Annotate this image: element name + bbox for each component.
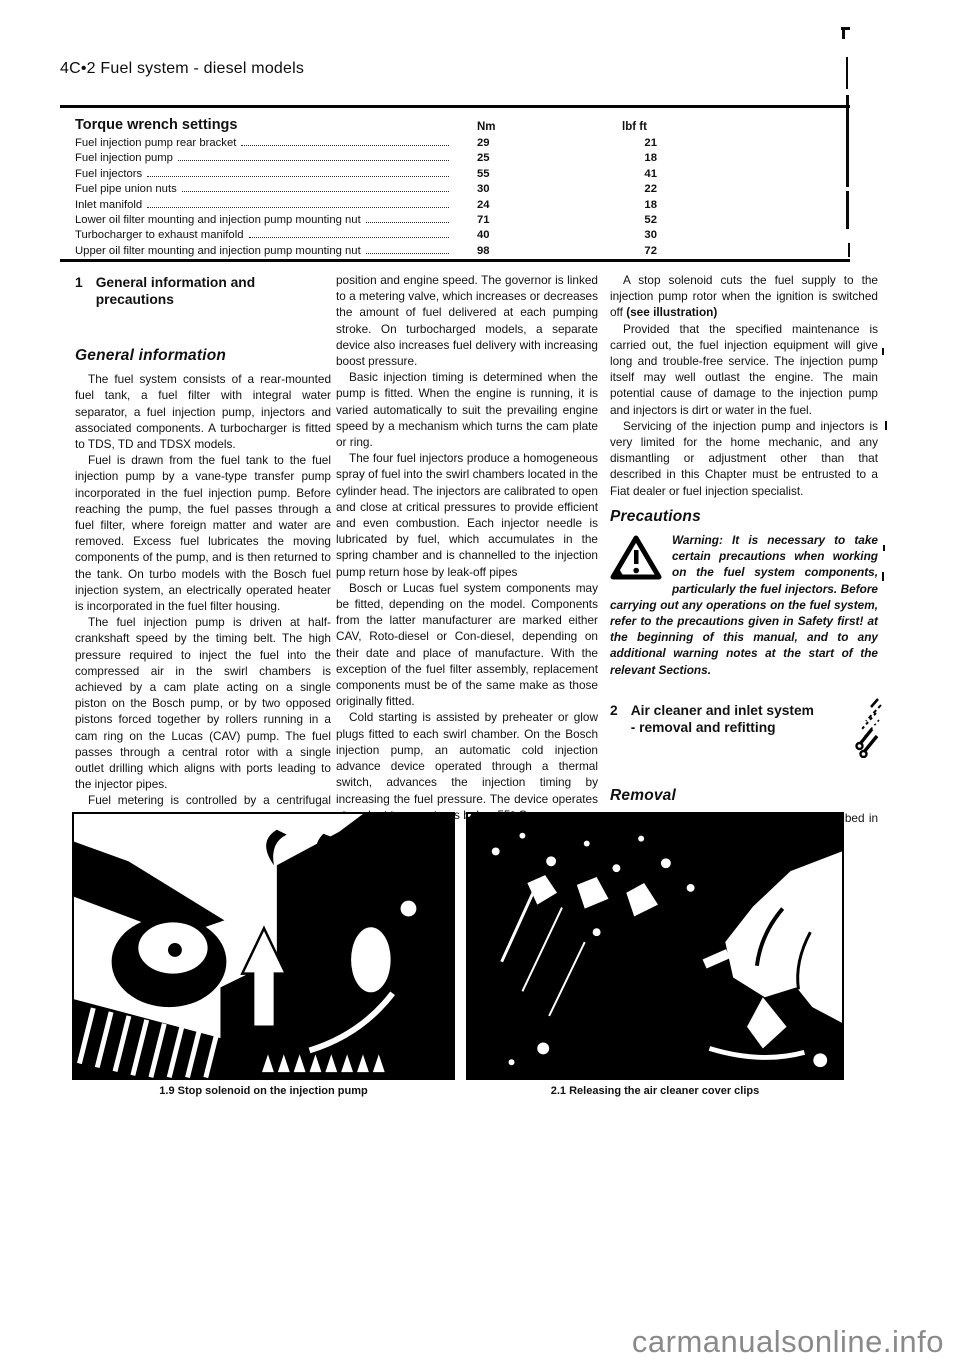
table-row: Inlet manifold 24 18 [75, 199, 677, 214]
body-paragraph: Cold starting is assisted by preheater o… [336, 709, 598, 822]
torque-nm-value: 98 [455, 245, 600, 257]
scan-artifact-line [846, 191, 849, 229]
torque-table-title: Torque wrench settings [75, 117, 237, 133]
torque-label: Fuel pipe union nuts [75, 183, 177, 195]
dotted-leader [182, 191, 449, 192]
dotted-leader [178, 160, 449, 161]
section-title-line2: - removal and refitting [631, 720, 776, 735]
body-paragraph: The four fuel injectors produce a homoge… [336, 450, 598, 580]
photo-stop-solenoid-image [74, 814, 453, 1078]
torque-lbf-value: 18 [600, 199, 657, 211]
torque-label: Lower oil filter mounting and injection … [75, 214, 361, 226]
text-column-3: A stop solenoid cuts the fuel supply to … [610, 272, 878, 842]
dotted-leader [249, 237, 450, 238]
torque-table: Fuel injection pump rear bracket 29 21 F… [75, 137, 677, 260]
table-row: Fuel injectors 55 41 [75, 168, 677, 183]
body-paragraph: Fuel is drawn from the fuel tank to the … [75, 452, 331, 614]
divider-top [60, 105, 850, 108]
table-row: Fuel injection pump 25 18 [75, 152, 677, 167]
scan-artifact-tick [882, 572, 884, 581]
torque-lbf-value: 22 [600, 183, 657, 195]
body-paragraph: Servicing of the injection pump and inje… [610, 418, 878, 499]
dotted-leader [147, 207, 449, 208]
spanner-icon [854, 696, 884, 758]
table-row: Lower oil filter mounting and injection … [75, 214, 677, 229]
warning-block: Warning: It is necessary to take certain… [610, 532, 878, 678]
photo-air-cleaner-clips-image [468, 814, 842, 1078]
dotted-leader [241, 145, 449, 146]
torque-label: Fuel injectors [75, 168, 142, 180]
table-row: Fuel pipe union nuts 30 22 [75, 183, 677, 198]
torque-lbf-value: 30 [600, 229, 657, 241]
scan-artifact-tick [885, 421, 887, 430]
text-column-1: 1 General information and precautions Ge… [75, 274, 331, 825]
body-paragraph: Basic injection timing is determined whe… [336, 369, 598, 450]
scan-artifact-tick [882, 348, 884, 355]
table-row: Upper oil filter mounting and injection … [75, 245, 677, 260]
general-information-heading: General information [75, 348, 331, 364]
table-row: Fuel injection pump rear bracket 29 21 [75, 137, 677, 152]
torque-col-header-nm: Nm [477, 121, 496, 133]
body-paragraph: The fuel system consists of a rear-mount… [75, 371, 331, 452]
torque-label: Turbocharger to exhaust manifold [75, 229, 244, 241]
section-number: 2 [610, 702, 618, 736]
section-2-heading-box: 2 Air cleaner and inlet system - removal… [610, 702, 878, 758]
scan-artifact-tick [883, 545, 885, 551]
torque-nm-value: 24 [455, 199, 600, 211]
scan-artifact-line [848, 243, 850, 257]
precautions-heading: Precautions [610, 509, 878, 525]
torque-label: Fuel injection pump rear bracket [75, 137, 236, 149]
manual-page: 4C•2 Fuel system - diesel models Torque … [0, 0, 960, 1362]
torque-lbf-value: 72 [600, 245, 657, 257]
body-paragraph: A stop solenoid cuts the fuel supply to … [610, 272, 878, 321]
torque-nm-value: 40 [455, 229, 600, 241]
see-illustration-ref: (see illustration) [626, 305, 717, 319]
section-title: General information and precautions [96, 274, 331, 308]
body-paragraph: position and engine speed. The governor … [336, 272, 598, 369]
text-column-2: position and engine speed. The governor … [336, 272, 598, 823]
removal-heading: Removal [610, 788, 878, 804]
figure-caption-2.1: 2.1 Releasing the air cleaner cover clip… [466, 1085, 844, 1097]
scan-artifact-line [846, 57, 848, 89]
photo-air-cleaner-clips [466, 812, 844, 1080]
torque-lbf-value: 52 [600, 214, 657, 226]
torque-col-header-lbfft: lbf ft [622, 121, 647, 133]
dotted-leader [147, 176, 449, 177]
table-row: Turbocharger to exhaust manifold 40 30 [75, 229, 677, 244]
body-paragraph: The fuel injection pump is driven at hal… [75, 614, 331, 792]
section-title: Air cleaner and inlet system - removal a… [631, 702, 814, 736]
section-2-heading: 2 Air cleaner and inlet system - removal… [610, 702, 838, 736]
torque-nm-value: 55 [455, 168, 600, 180]
torque-label: Fuel injection pump [75, 152, 173, 164]
section-title-line1: Air cleaner and inlet system [631, 703, 814, 718]
watermark: carmanualsonline.info [632, 1324, 944, 1360]
warning-triangle-icon [610, 535, 662, 581]
torque-lbf-value: 21 [600, 137, 657, 149]
torque-nm-value: 71 [455, 214, 600, 226]
figure-caption-1.9: 1.9 Stop solenoid on the injection pump [72, 1085, 455, 1097]
torque-label: Inlet manifold [75, 199, 142, 211]
dotted-leader [366, 253, 449, 254]
section-1-heading: 1 General information and precautions [75, 274, 331, 308]
torque-lbf-value: 41 [600, 168, 657, 180]
torque-nm-value: 29 [455, 137, 600, 149]
torque-label: Upper oil filter mounting and injection … [75, 245, 361, 257]
dotted-leader [366, 222, 449, 223]
page-title: 4C•2 Fuel system - diesel models [60, 60, 304, 78]
body-paragraph: Provided that the specified maintenance … [610, 321, 878, 418]
photo-stop-solenoid [72, 812, 455, 1080]
scan-artifact-corner [841, 27, 850, 30]
body-paragraph: Bosch or Lucas fuel system components ma… [336, 580, 598, 710]
scan-artifact-line [846, 95, 849, 187]
torque-nm-value: 30 [455, 183, 600, 195]
section-number: 1 [75, 274, 83, 308]
torque-lbf-value: 18 [600, 152, 657, 164]
torque-nm-value: 25 [455, 152, 600, 164]
